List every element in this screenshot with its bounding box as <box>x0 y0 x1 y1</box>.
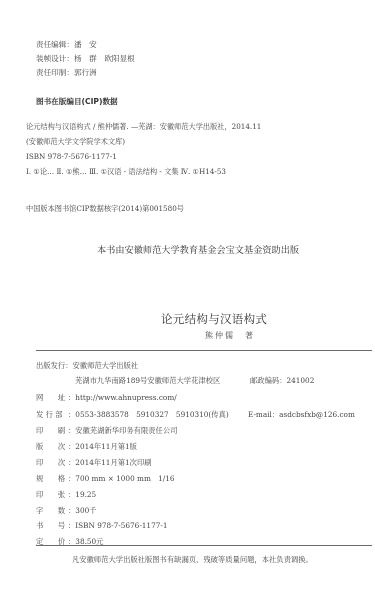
pub-label: 印 刷 <box>36 426 68 436</box>
cip-verification: 中国版本图书馆CIP数据核字(2014)第001580号 <box>26 204 184 214</box>
address-value: 芜湖市九华南路189号安徽师范大学花津校区 <box>75 376 220 385</box>
pub-value: 700 mm × 1000 mm 1/16 <box>75 474 174 483</box>
cip-line-classification: Ⅰ. ①论… Ⅱ. ①熊… Ⅲ. ①汉语 - 语法结构 - 文集 Ⅳ. ①H14… <box>26 167 226 177</box>
credit-label: 责任印制 <box>36 68 66 77</box>
pub-email: E-mail：asdcbsfxb@126.com <box>248 410 355 420</box>
book-author: 熊仲儒 著 <box>205 330 255 341</box>
pub-value: ISBN 978-7-5676-1177-1 <box>75 521 167 530</box>
pub-row-impression: 印 次：2014年11月第1次印刷 <box>36 458 152 468</box>
pub-row-isbn: 书 号：ISBN 978-7-5676-1177-1 <box>36 521 167 531</box>
cip-heading: 图书在版编目(CIP)数据 <box>36 96 118 107</box>
pub-value: 2014年11月第1版 <box>75 442 137 451</box>
cip-line-series: (安徽师范大学文学院学术文库) <box>26 137 125 147</box>
pub-value: 19.25 <box>75 490 96 499</box>
divider-top <box>36 350 372 351</box>
cip-line-isbn: ISBN 978-7-5676-1177-1 <box>26 152 117 161</box>
credit-designer: 装帧设计：杨 群 欧阳显根 <box>36 54 135 64</box>
publisher-label: 出版发行 <box>36 361 65 370</box>
pub-row-format: 规 格：700 mm × 1000 mm 1/16 <box>36 474 175 484</box>
quality-notice: 凡安徽师范大学出版社版图书有缺漏页、残破等质量问题，本社负责调换。 <box>72 555 313 565</box>
pub-label: 印 次 <box>36 458 68 468</box>
pub-row-wordcount: 字 数：300千 <box>36 506 97 516</box>
publisher-row: 出版发行：安徽师范大学出版社 <box>36 361 138 371</box>
pub-label: 网 址 <box>36 393 68 403</box>
credit-value: 潘 安 <box>74 40 97 49</box>
postcode-label: 邮政编码 <box>250 376 279 385</box>
pub-label: 印 张 <box>36 490 68 500</box>
address-row: 芜湖市九华南路189号安徽师范大学花津校区 <box>75 376 220 386</box>
pub-row-distribution: 发 行 部：0553-3883578 5910327 5910310(传真) <box>36 410 229 420</box>
postcode-value: 241002 <box>286 376 314 385</box>
credit-printing: 责任印制：郭行洲 <box>36 68 97 78</box>
separator: ： <box>66 68 74 77</box>
book-title: 论元结构与汉语构式 <box>161 311 267 327</box>
credit-editor: 责任编辑：潘 安 <box>36 40 97 50</box>
sponsor-note: 本书由安徽师范大学教育基金会宝文基金资助出版 <box>97 242 299 256</box>
divider-bottom <box>36 545 372 546</box>
cip-line-title: 论元结构与汉语构式 / 熊仲儒著. —芜湖：安徽师范大学出版社，2014.11 <box>26 122 261 132</box>
pub-label: 发 行 部 <box>36 410 68 420</box>
pub-value: http://www.ahnupress.com/ <box>75 393 176 402</box>
credit-label: 装帧设计 <box>36 54 66 63</box>
separator: ： <box>66 40 74 49</box>
pub-row-website: 网 址：http://www.ahnupress.com/ <box>36 393 177 403</box>
credit-value: 杨 群 欧阳显根 <box>74 54 135 63</box>
separator: ： <box>66 54 74 63</box>
pub-value: 安徽芜湖新华印务有限责任公司 <box>75 426 177 435</box>
credit-label: 责任编辑 <box>36 40 66 49</box>
pub-value: 2014年11月第1次印刷 <box>75 458 151 467</box>
pub-row-edition: 版 次：2014年11月第1版 <box>36 442 137 452</box>
credit-value: 郭行洲 <box>74 68 97 77</box>
pub-row-printer: 印 刷：安徽芜湖新华印务有限责任公司 <box>36 426 177 436</box>
pub-label: 规 格 <box>36 474 68 484</box>
postcode-row: 邮政编码：241002 <box>250 376 314 386</box>
pub-value: 0553-3883578 5910327 5910310(传真) <box>75 410 228 419</box>
pub-label: 字 数 <box>36 506 68 516</box>
pub-row-sheets: 印 张：19.25 <box>36 490 96 500</box>
publisher-value: 安徽师范大学出版社 <box>72 361 138 370</box>
pub-label: 版 次 <box>36 442 68 452</box>
pub-value: 300千 <box>75 506 96 515</box>
pub-label: 书 号 <box>36 521 68 531</box>
